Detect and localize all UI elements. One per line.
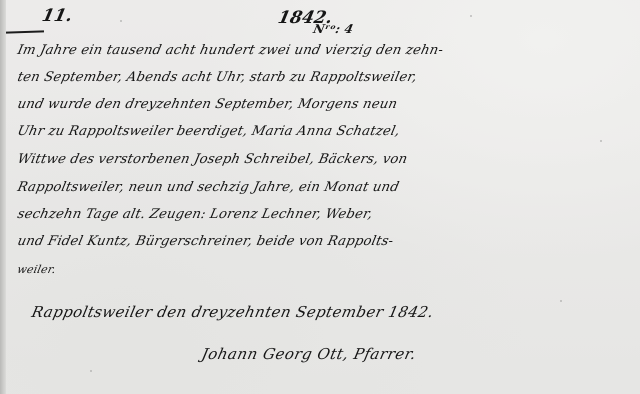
entry-number: 11. xyxy=(40,6,74,26)
body-line: sechzehn Tage alt. Zeugen: Lorenz Lechne… xyxy=(16,207,374,222)
body-line: und Fidel Kuntz, Bürgerschreiner, beide … xyxy=(16,234,395,249)
body-line: Uhr zu Rappoltsweiler beerdiget, Maria A… xyxy=(16,124,401,139)
body-line: Im Jahre ein tausend acht hundert zwei u… xyxy=(16,43,445,58)
body-line: und wurde den dreyzehnten September, Mor… xyxy=(16,97,399,112)
entry-number-underline xyxy=(6,30,44,33)
paper-speck xyxy=(600,140,602,142)
body-line: ten September, Abends acht Uhr, starb zu… xyxy=(16,70,418,85)
register-page: 11. 1842. Nʳᵒ: 4 Im Jahre ein tausend ac… xyxy=(0,0,640,394)
paper-speck xyxy=(90,370,92,372)
paper-speck xyxy=(120,20,122,22)
body-line: Rappoltsweiler, neun und sechzig Jahre, … xyxy=(16,180,400,195)
body-line: Wittwe des verstorbenen Joseph Schreibel… xyxy=(16,152,409,167)
pastor-signature: Johann Georg Ott, Pfarrer. xyxy=(200,345,418,363)
place-and-date-line: Rappoltsweiler den dreyzehnten September… xyxy=(30,303,435,321)
paper-speck xyxy=(470,15,472,17)
paper-speck xyxy=(560,300,562,302)
page-binding-edge xyxy=(0,0,6,394)
record-number: Nʳᵒ: 4 xyxy=(312,22,355,36)
body-line: weiler. xyxy=(16,263,57,276)
